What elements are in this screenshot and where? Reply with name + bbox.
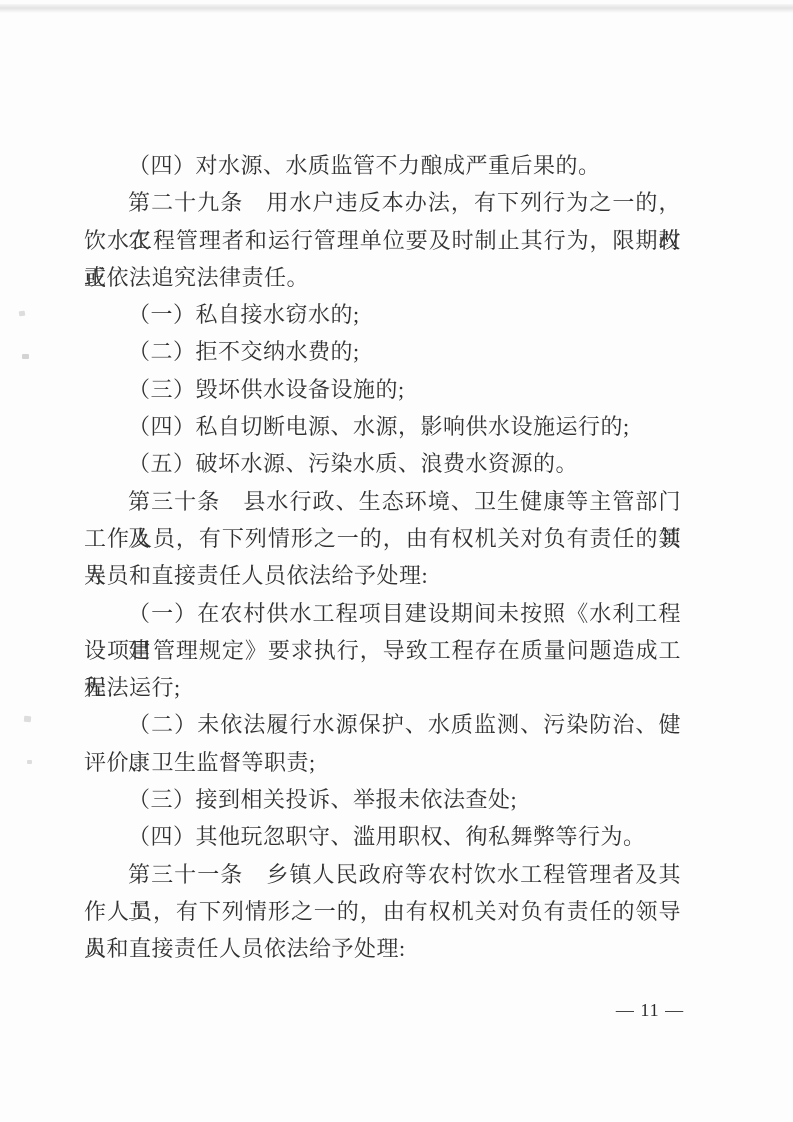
text-line: （五）破坏水源、污染水质、浪费水资源的。 xyxy=(84,445,681,482)
text-line: （三）毁坏供水设备设施的; xyxy=(84,371,681,408)
text-line: 人员和直接责任人员依法给予处理: xyxy=(84,557,681,594)
text-line: 设项目管理规定》要求执行，导致工程存在质量问题造成工程 xyxy=(84,632,681,669)
scan-speck xyxy=(19,311,26,317)
scan-edge-artifact xyxy=(0,4,793,13)
text-line: （一）私自接水窃水的; xyxy=(84,296,681,333)
text-line: （四）对水源、水质监管不力酿成严重后果的。 xyxy=(84,147,681,184)
scan-speck xyxy=(24,716,31,723)
text-line: （二）未依法履行水源保护、水质监测、污染防治、健康 xyxy=(84,706,681,743)
text-line: 第三十一条 乡镇人民政府等农村饮水工程管理者及其工 xyxy=(84,856,681,893)
text-line: 或依法追究法律责任。 xyxy=(84,259,681,296)
page-number: — 11 — xyxy=(588,1000,712,1021)
text-line: 员和直接责任人员依法给予处理: xyxy=(84,930,681,967)
text-line: （四）其他玩忽职守、滥用职权、徇私舞弊等行为。 xyxy=(84,818,681,855)
text-line: 第三十条 县水行政、生态环境、卫生健康等主管部门及其 xyxy=(84,483,681,520)
text-line: 饮水工程管理者和运行管理单位要及时制止其行为，限期改正 xyxy=(84,222,681,259)
text-line: 无法运行; xyxy=(84,669,681,706)
text-line: （一）在农村供水工程项目建设期间未按照《水利工程建 xyxy=(84,595,681,632)
text-line: （二）拒不交纳水费的; xyxy=(84,333,681,370)
text-line: 评价、卫生监督等职责; xyxy=(84,744,681,781)
text-line: （三）接到相关投诉、举报未依法查处; xyxy=(84,781,681,818)
document-body: （四）对水源、水质监管不力酿成严重后果的。 第二十九条 用水户违反本办法，有下列… xyxy=(84,147,681,968)
document-page: （四）对水源、水质监管不力酿成严重后果的。 第二十九条 用水户违反本办法，有下列… xyxy=(0,0,793,1122)
scan-speck xyxy=(27,760,32,764)
text-line: 工作人员，有下列情形之一的，由有权机关对负有责任的领导 xyxy=(84,520,681,557)
text-line: 第二十九条 用水户违反本办法，有下列行为之一的，农村 xyxy=(84,184,681,221)
scan-speck xyxy=(22,354,29,359)
text-line: （四）私自切断电源、水源，影响供水设施运行的; xyxy=(84,408,681,445)
text-line: 作人员，有下列情形之一的，由有权机关对负有责任的领导人 xyxy=(84,893,681,930)
